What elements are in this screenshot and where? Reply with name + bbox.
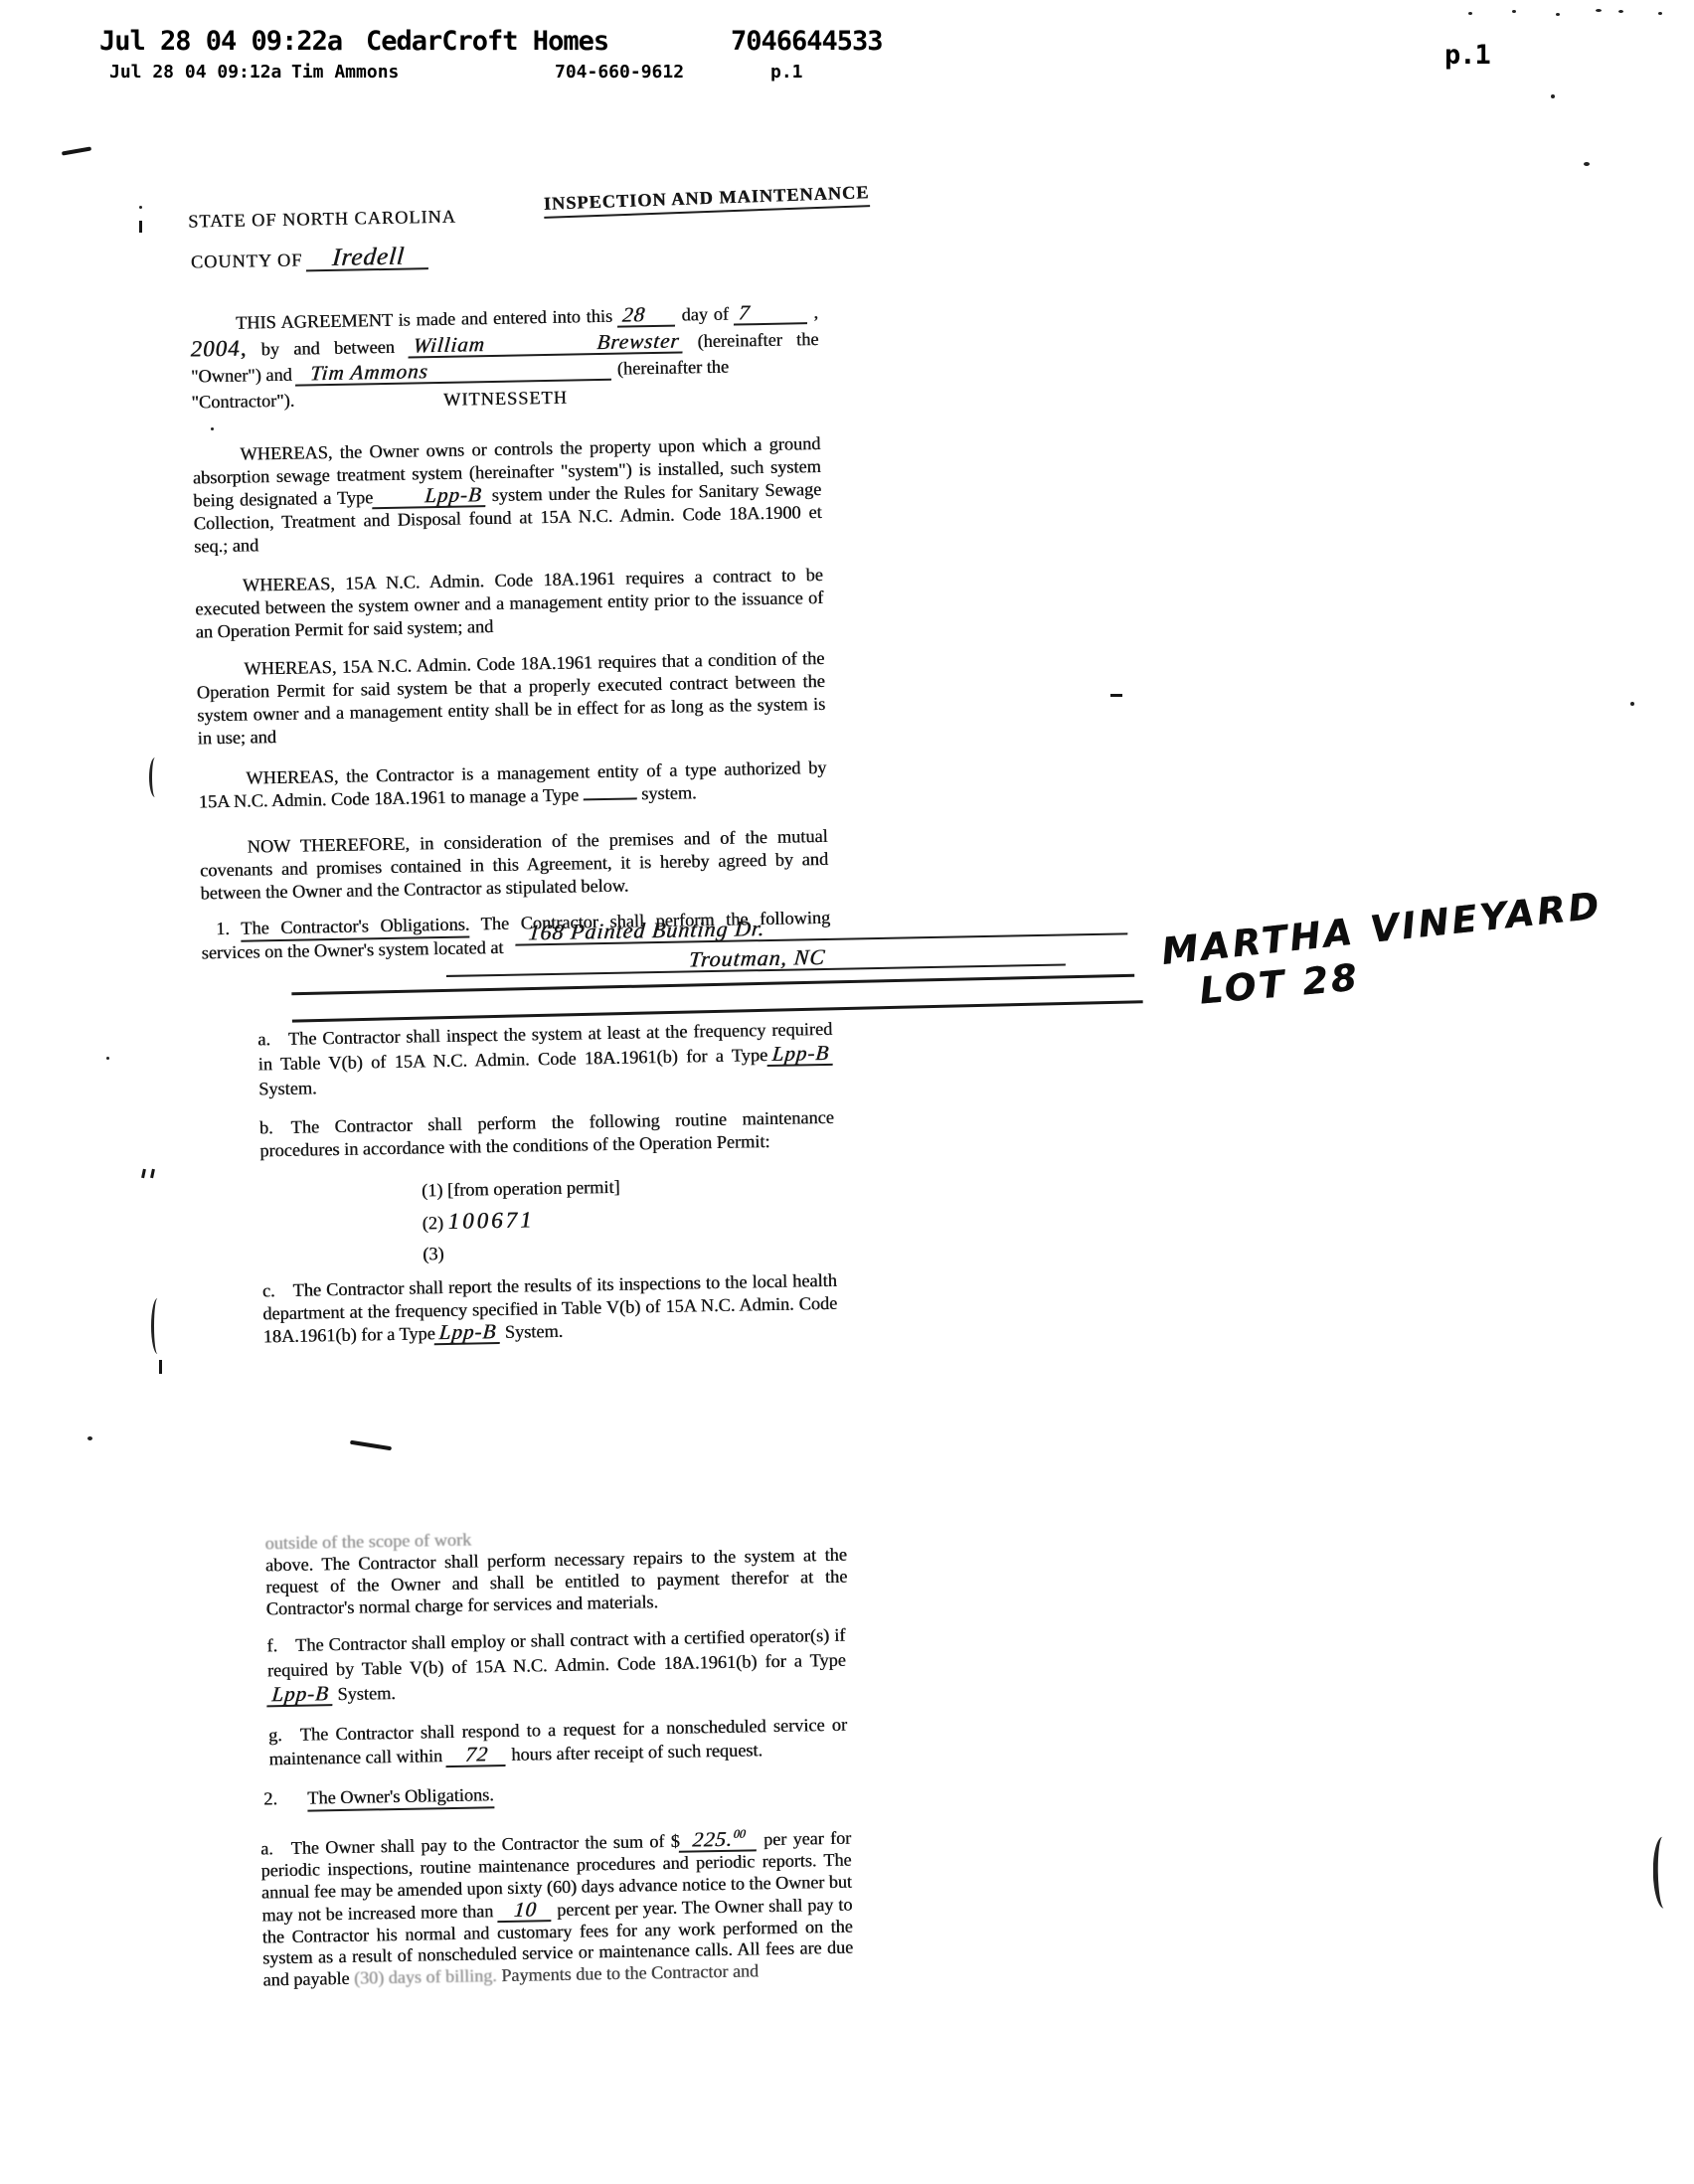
fax-page: Jul 28 04 09:22a CedarCroft Homes 704664… [0,0,1694,2184]
item-a-text: System. [258,1078,317,1098]
item-f-text: The Contractor shall employ or shall con… [267,1625,846,1681]
section-2-heading: The Owner's Obligations. [307,1784,494,1811]
type-blank-fill-in [584,796,637,800]
permit-number-fill-in: 100671 [447,1207,534,1234]
system-type-fill-in: Lpp-B [372,484,486,509]
scan-noise-dot [1618,10,1623,13]
list-item-2-index: (2) [422,1213,443,1233]
year-fill-in: 2004, [190,336,247,362]
item-c-contractor: c.The Contractor shall report the result… [262,1269,838,1349]
item-e-repairs: outside of the scope of work above. The … [264,1522,848,1620]
stray-paren-mark [1652,1836,1674,1908]
day-fill-in: 28 [617,304,677,328]
scan-noise-dot [1556,13,1560,16]
whereas-2: WHEREAS, 15A N.C. Admin. Code 18A.1961 r… [195,564,824,644]
list-item-1-index: (1) [422,1180,443,1200]
scan-noise-dot [1512,10,1516,13]
scan-noise-dot [1630,702,1634,706]
scan-noise-dot [139,206,142,209]
scan-noise-dot [106,1057,109,1060]
whereas-4: WHEREAS, the Contractor is a management … [198,756,827,814]
scan-noise-dot [1596,9,1602,12]
whereas-1: WHEREAS, the Owner owns or controls the … [192,432,822,559]
agreement-text: "Owner") and [191,365,292,387]
annual-fee-cents: 00 [733,1827,746,1841]
agreement-text: (hereinafter the [697,329,818,351]
system-type-fill-in: Lpp-B [766,1043,833,1067]
scan-noise-dot [211,427,214,430]
list-item-1-text: [from operation permit] [447,1177,620,1200]
whereas-4-text: system. [641,782,697,803]
section-1-number: 1. [216,919,230,938]
agreement-text: day of [681,304,729,325]
response-hours-fill-in: 72 [446,1744,508,1767]
agreement-text: , [813,302,818,322]
scan-noise-dot [1584,162,1590,166]
item-a-label: a. [257,1027,270,1052]
list-item-3-index: (3) [423,1244,444,1263]
scan-noise-brace [149,757,161,797]
scan-noise-paren [151,1298,164,1354]
agreement-text: by and between [260,337,395,359]
document-title: INSPECTION AND MAINTENANCE [543,182,869,219]
item-b-text: The Contractor shall perform the followi… [259,1107,834,1161]
month-fill-in: 7 [734,301,809,325]
contractor-name-fill-in: Tim Ammons [295,358,613,387]
whereas-4-text: WHEREAS, the Contractor is a management … [199,757,827,812]
system-type-fill-in: Lpp-B [266,1683,333,1707]
whereas-3: WHEREAS, 15A N.C. Admin. Code 18A.1961 r… [196,647,826,751]
item-c-text: System. [505,1321,564,1342]
document-body: STATE OF NORTH CAROLINA INSPECTION AND M… [0,0,1694,2184]
item-a-text: The Contractor shall inspect the system … [257,1019,832,1075]
cutoff-line-fragment: Payments due to the Contractor and [501,1961,759,1986]
percent-increase-fill-in: 10 [497,1899,553,1923]
scan-noise-mark [159,1360,162,1374]
item-f-label: f. [266,1633,277,1658]
item-g-label: g. [268,1723,282,1747]
annual-fee-fill-in: 225.00 [678,1823,758,1852]
list-item-2: (2) 100671 [422,1203,620,1240]
system-type-fill-in: Lpp-B [434,1321,501,1345]
item-2a-label: a. [260,1838,273,1860]
item-c-label: c. [262,1279,275,1302]
item-a-contractor: a.The Contractor shall inspect the syste… [257,1017,833,1102]
now-therefore-paragraph: NOW THEREFORE, in consideration of the p… [199,825,828,906]
county-fill-in: Iredell [306,247,430,271]
scan-noise-dot [87,1436,92,1440]
scan-noise-mark [1110,694,1122,697]
county-line: COUNTY OF Iredell [191,247,429,273]
county-label: COUNTY OF [191,250,303,271]
item-b-contractor: b.The Contractor shall perform the follo… [259,1106,835,1163]
maintenance-list: (1) [from operation permit] (2) 100671 (… [422,1172,621,1270]
section-2: 2. The Owner's Obligations. [263,1784,494,1809]
margin-note-subdivision: MARTHA VINEYARD [1159,884,1604,973]
item-g-text: hours after receipt of such request. [511,1740,762,1764]
item-2a-payment: a.The Owner shall pay to the Contractor … [260,1822,854,1992]
blank-rule-line [291,974,1134,995]
list-item-1: (1) [from operation permit] [422,1172,620,1207]
item-f-operator: f.The Contractor shall employ or shall c… [266,1623,846,1709]
item-g-response: g.The Contractor shall respond to a requ… [268,1713,848,1771]
state-line: STATE OF NORTH CAROLINA [188,207,456,233]
item-f-text: System. [337,1683,396,1704]
annual-fee-amount: 225. [691,1827,734,1852]
scan-noise-mark [139,221,142,233]
list-item-3: (3) [423,1236,621,1270]
section-2-number: 2. [263,1788,277,1809]
scan-noise-dot [1551,94,1555,98]
scan-noise-dot [1658,12,1662,15]
scan-noise-dot [1468,12,1472,15]
item-b-label: b. [259,1116,273,1139]
item-e-text: above. The Contractor shall perform nece… [265,1544,848,1620]
agreement-text: THIS AGREEMENT is made and entered into … [236,306,612,333]
cutoff-line-fragment: (30) days of billing. [354,1965,497,1988]
